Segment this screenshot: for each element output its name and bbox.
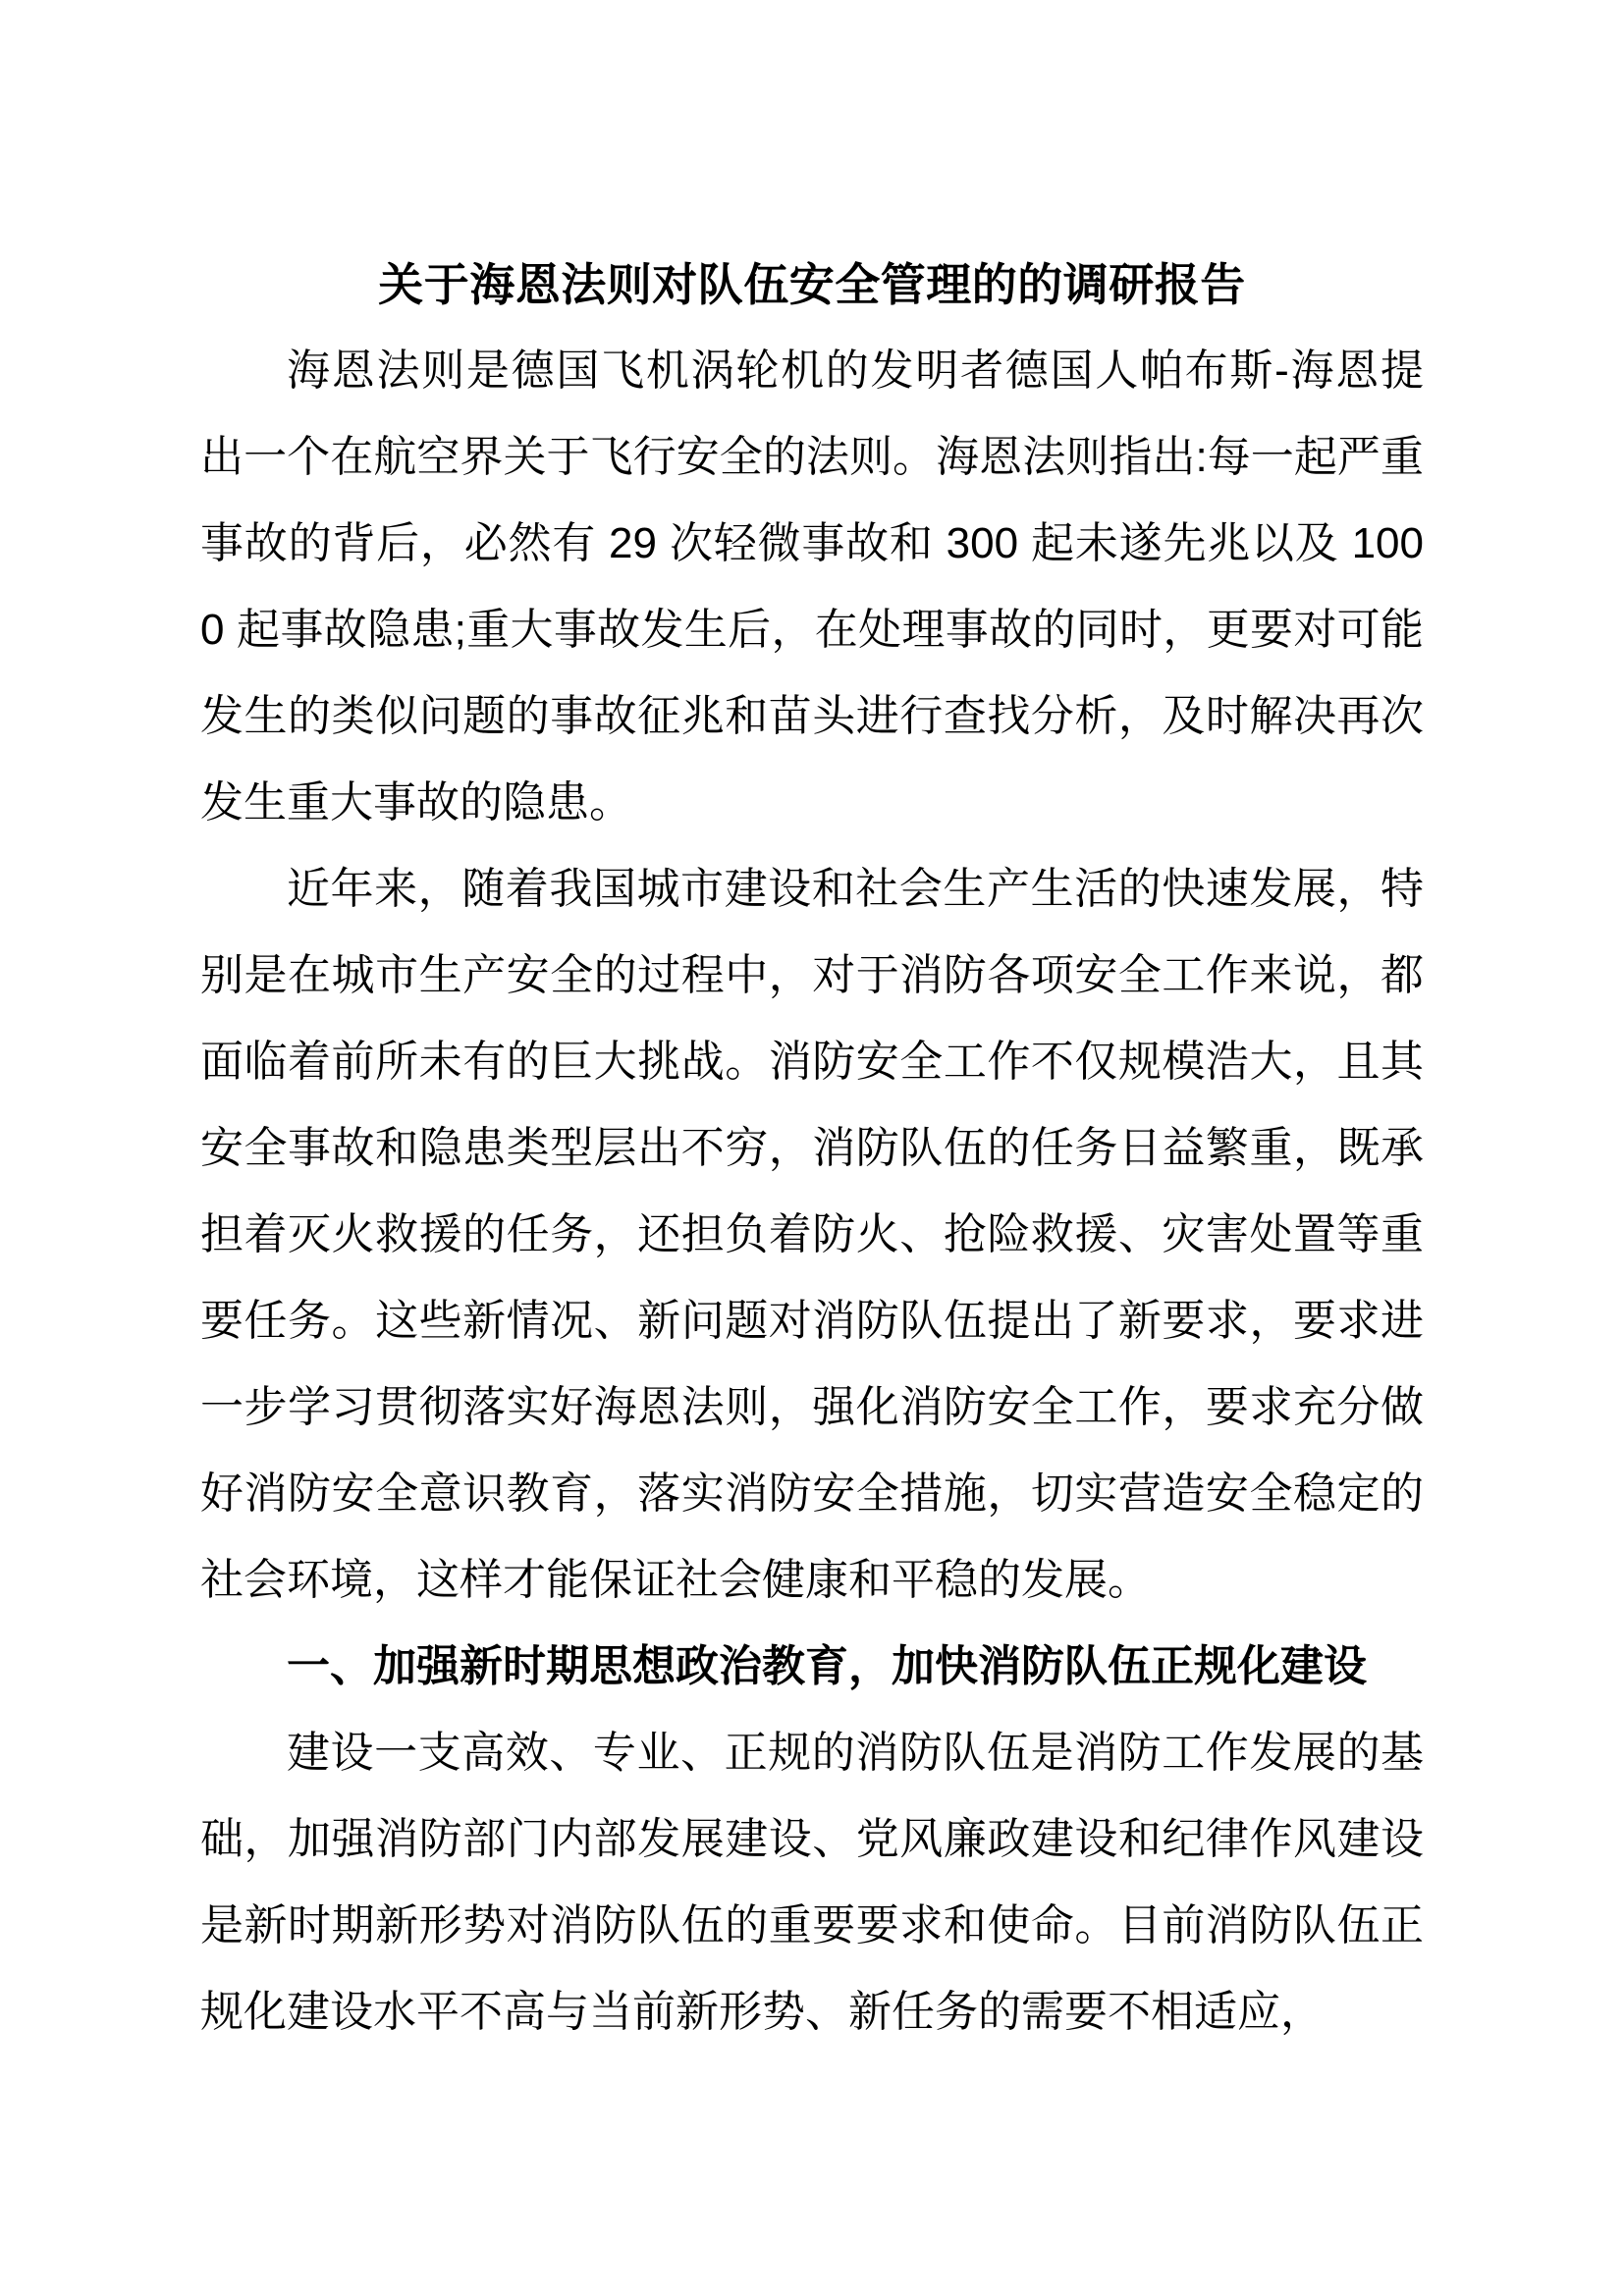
document-page: 关于海恩法则对队伍安全管理的的调研报告 海恩法则是德国飞机涡轮机的发明者德国人帕…	[0, 0, 1624, 2296]
paragraph-team-building: 建设一支高效、专业、正规的消防队伍是消防工作发展的基础，加强消防部门内部发展建设…	[200, 1710, 1424, 2056]
paragraph-recent-years-overview: 近年来，随着我国城市建设和社会生产生活的快速发展，特别是在城市生产安全的过程中，…	[200, 846, 1424, 1624]
document-title: 关于海恩法则对队伍安全管理的的调研报告	[200, 241, 1424, 328]
section-heading-1: 一、加强新时期思想政治教育，加快消防队伍正规化建设	[200, 1624, 1424, 1710]
paragraph-hein-law-intro: 海恩法则是德国飞机涡轮机的发明者德国人帕布斯-海恩提出一个在航空界关于飞行安全的…	[200, 328, 1424, 846]
